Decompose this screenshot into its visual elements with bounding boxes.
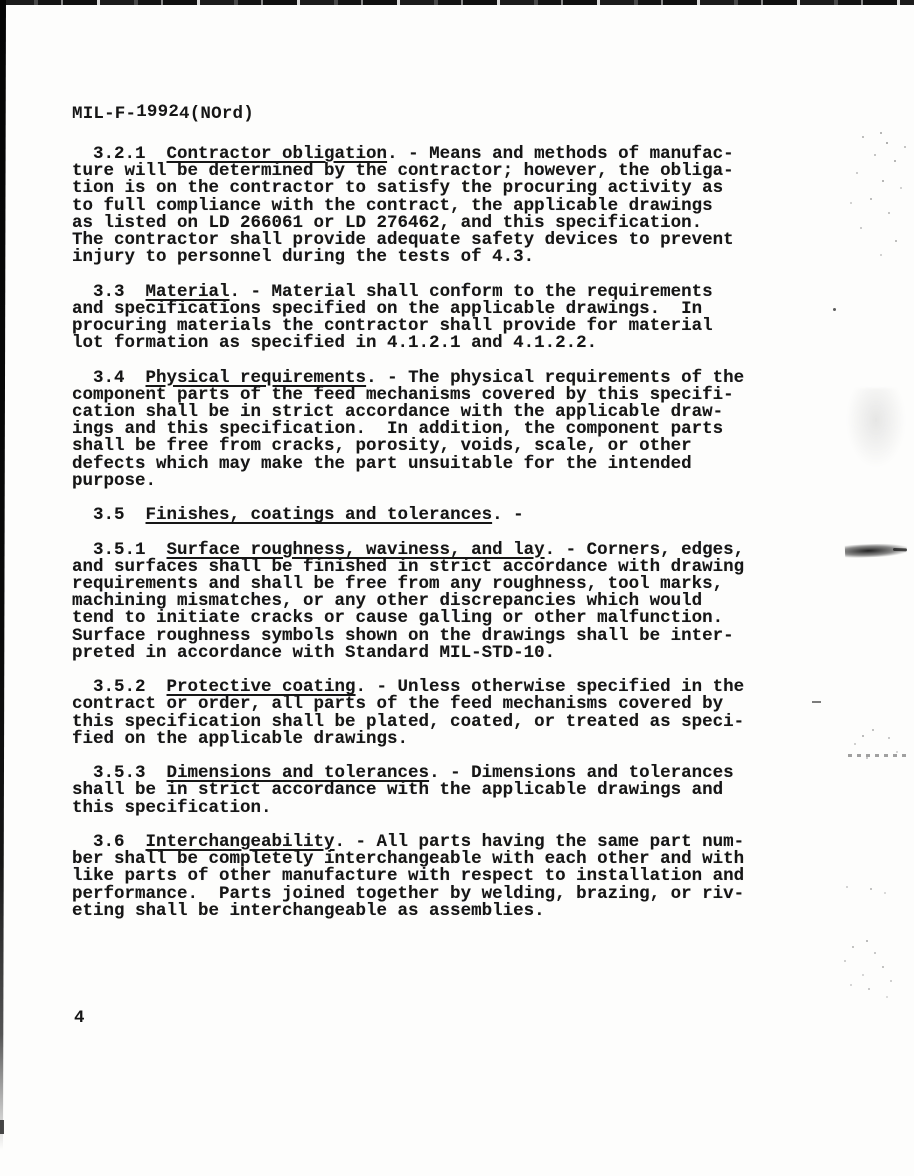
scan-artifact — [866, 940, 868, 942]
section-number: 3.5 — [72, 505, 146, 525]
scan-edge-top — [0, 0, 914, 5]
scan-artifact — [848, 754, 908, 757]
document-id-part: 4(NOrd) — [179, 104, 254, 124]
document-id-part: MIL-F- — [72, 104, 136, 124]
scan-artifact — [0, 1120, 4, 1134]
section-paragraph: 3.5.3 Dimensions and tolerances. - Dimen… — [72, 765, 792, 817]
section-title: Finishes, coatings and tolerances — [146, 505, 493, 525]
section-paragraph: 3.2.1 Contractor obligation. - Means and… — [72, 146, 792, 266]
scan-artifact — [812, 701, 821, 703]
section-paragraph: 3.5.2 Protective coating. - Unless other… — [72, 679, 792, 748]
section-body-lines: and specifications specified on the appl… — [72, 299, 713, 353]
section-paragraph: 3.6 Interchangeability. - All parts havi… — [72, 834, 792, 920]
section-paragraph: 3.3 Material. - Material shall conform t… — [72, 284, 792, 353]
section-body-lines: component parts of the feed mechanisms c… — [72, 385, 734, 491]
scan-artifact — [880, 132, 882, 134]
scan-artifact — [862, 735, 864, 737]
section-body-lines: ture will be determined by the contracto… — [72, 161, 734, 267]
page-number: 4 — [74, 1008, 85, 1028]
document-page: MIL-F-19924(NOrd) 3.2.1 Contractor oblig… — [0, 0, 914, 1176]
section-body-lines: shall be in strict accordance with the a… — [72, 780, 723, 817]
section-lead-rest: . - — [492, 505, 524, 525]
scan-edge-left — [0, 0, 6, 1150]
section-body-lines: contract or order, all parts of the feed… — [72, 694, 744, 748]
document-body: 3.2.1 Contractor obligation. - Means and… — [72, 146, 792, 937]
section-body-lines: ber shall be completely interchangeable … — [72, 849, 744, 921]
document-id-part: 1992 — [136, 102, 179, 122]
scan-artifact — [833, 308, 836, 311]
scan-artifact — [870, 888, 872, 890]
document-id: MIL-F-19924(NOrd) — [72, 104, 254, 124]
section-paragraph: 3.5.1 Surface roughness, waviness, and l… — [72, 542, 792, 662]
section-body-lines: and surfaces shall be finished in strict… — [72, 557, 744, 663]
scan-artifact — [846, 388, 906, 468]
section-paragraph: 3.5 Finishes, coatings and tolerances. - — [72, 507, 792, 524]
scan-artifact — [845, 543, 907, 558]
section-paragraph: 3.4 Physical requirements. - The physica… — [72, 370, 792, 490]
